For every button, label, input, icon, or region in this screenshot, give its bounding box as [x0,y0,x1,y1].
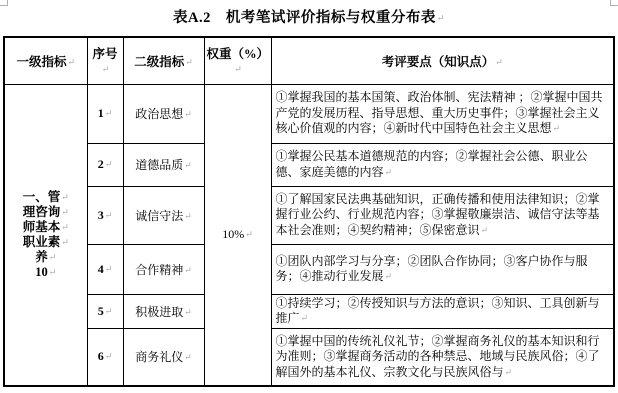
cell-mark: ↵ [480,225,489,235]
seq-cell: 6↵ [87,328,123,386]
paragraph-mark: ↵ [184,57,193,67]
paragraph-mark: ↵ [436,13,445,23]
seq-cell: 1↵ [87,84,123,143]
header-points: 考评要点（知识点）↵ [271,37,614,84]
weight-cell: 10%↵ [204,84,271,386]
cell-mark: ↵ [300,313,309,323]
indicator-cell: 道德品质↵ [123,143,204,186]
paragraph-mark: ↵ [494,57,503,67]
cell-mark: ↵ [552,123,561,133]
points-cell: ①掌握我国的基本国策、政治体制、宪法精神 ；②掌握中国共产党的发展历程、指导思想… [271,84,614,143]
evaluation-weight-table: 一级指标↵ 序号↵ 二级指标↵ 权重（%）↵ 考评要点（知识点）↵ 一、管↵ 理… [3,36,615,387]
indicator-cell: 积极进取↵ [123,294,204,328]
category-line: 职业素↵ [7,235,85,250]
seq-cell: 3↵ [87,186,123,244]
paragraph-mark: ↵ [66,57,75,67]
cell-mark: ↵ [183,109,192,119]
category-line: 养↵ [7,250,85,265]
cell-mark: ↵ [384,167,393,177]
cell-mark: ↵ [384,271,393,281]
cell-mark: ↵ [183,307,192,317]
paragraph-mark: ↵ [233,64,242,74]
line-break-mark: ↵ [60,237,69,247]
table-row: 2↵ 道德品质↵ ①掌握公民基本道德规范的内容；②掌握社会公德、职业公德、家庭美… [4,143,614,186]
document-page: 表A.2 机考笔试评价指标与权重分布表↵ 一级指标↵ 序号↵ 二级指标↵ 权重（… [0,0,618,393]
line-break-mark: ↵ [60,207,69,217]
points-cell: ①持续学习；②传授知识与方法的意识；③知识、工具创新与推广↵ [271,294,614,328]
category-cell: 一、管↵ 理咨询↵ 师基本↵ 职业素↵ 养↵ 10↵ [4,84,87,386]
cell-mark: ↵ [183,160,192,170]
points-cell: ①掌握公民基本道德规范的内容；②掌握社会公德、职业公德、家庭美德的内容↵ [271,143,614,186]
line-break-mark: ↵ [48,267,57,277]
header-weight: 权重（%）↵ [204,37,271,84]
table-title: 表A.2 机考笔试评价指标与权重分布表↵ [0,6,618,27]
indicator-cell: 政治思想↵ [123,84,204,143]
paragraph-mark: ↵ [101,64,110,74]
indicator-cell: 商务礼仪↵ [123,328,204,386]
cell-mark: ↵ [104,210,113,220]
seq-cell: 2↵ [87,143,123,186]
category-line: 10↵ [7,265,85,280]
cell-mark: ↵ [504,367,513,377]
header-level2-indicator: 二级指标↵ [123,37,204,84]
cell-mark: ↵ [104,306,113,316]
line-break-mark: ↵ [60,222,69,232]
table-row: 3↵ 诚信守法↵ ①了解国家民法典基础知识，正确传播和使用法律知识；②掌握行业公… [4,186,614,244]
header-level1-indicator: 一级指标↵ [4,37,87,84]
cell-mark: ↵ [183,265,192,275]
indicator-cell: 诚信守法↵ [123,186,204,244]
category-line: 师基本↵ [7,220,85,235]
table-row: 5↵ 积极进取↵ ①持续学习；②传授知识与方法的意识；③知识、工具创新与推广↵ [4,294,614,328]
header-row: 一级指标↵ 序号↵ 二级指标↵ 权重（%）↵ 考评要点（知识点）↵ [4,37,614,84]
cell-mark: ↵ [104,108,113,118]
seq-cell: 4↵ [87,244,123,294]
table-title-text: 表A.2 机考笔试评价指标与权重分布表 [173,10,436,26]
line-break-mark: ↵ [60,192,69,202]
points-cell: ①团队内部学习与分享；②团队合作协同；③客户协作与服务；④推动行业发展↵ [271,244,614,294]
cell-mark: ↵ [104,264,113,274]
cell-mark: ↵ [183,352,192,362]
seq-cell: 5↵ [87,294,123,328]
cell-mark: ↵ [104,159,113,169]
cell-mark: ↵ [244,229,253,239]
indicator-cell: 合作精神↵ [123,244,204,294]
points-cell: ①掌握中国的传统礼仪礼节；②掌握商务礼仪的基本知识和行为准则；③掌握商务活动的各… [271,328,614,386]
table-row: 6↵ 商务礼仪↵ ①掌握中国的传统礼仪礼节；②掌握商务礼仪的基本知识和行为准则；… [4,328,614,386]
category-line: 一、管↵ [7,190,85,205]
category-line: 理咨询↵ [7,205,85,220]
header-seq: 序号↵ [87,37,123,84]
points-cell: ①了解国家民法典基础知识，正确传播和使用法律知识；②掌握行业公约、行业规范内容；… [271,186,614,244]
cell-mark: ↵ [183,211,192,221]
cell-mark: ↵ [104,351,113,361]
table-row: 一、管↵ 理咨询↵ 师基本↵ 职业素↵ 养↵ 10↵ 1↵ 政治思想↵ 10%↵… [4,84,614,143]
table-row: 4↵ 合作精神↵ ①团队内部学习与分享；②团队合作协同；③客户协作与服务；④推动… [4,244,614,294]
line-break-mark: ↵ [48,252,57,262]
